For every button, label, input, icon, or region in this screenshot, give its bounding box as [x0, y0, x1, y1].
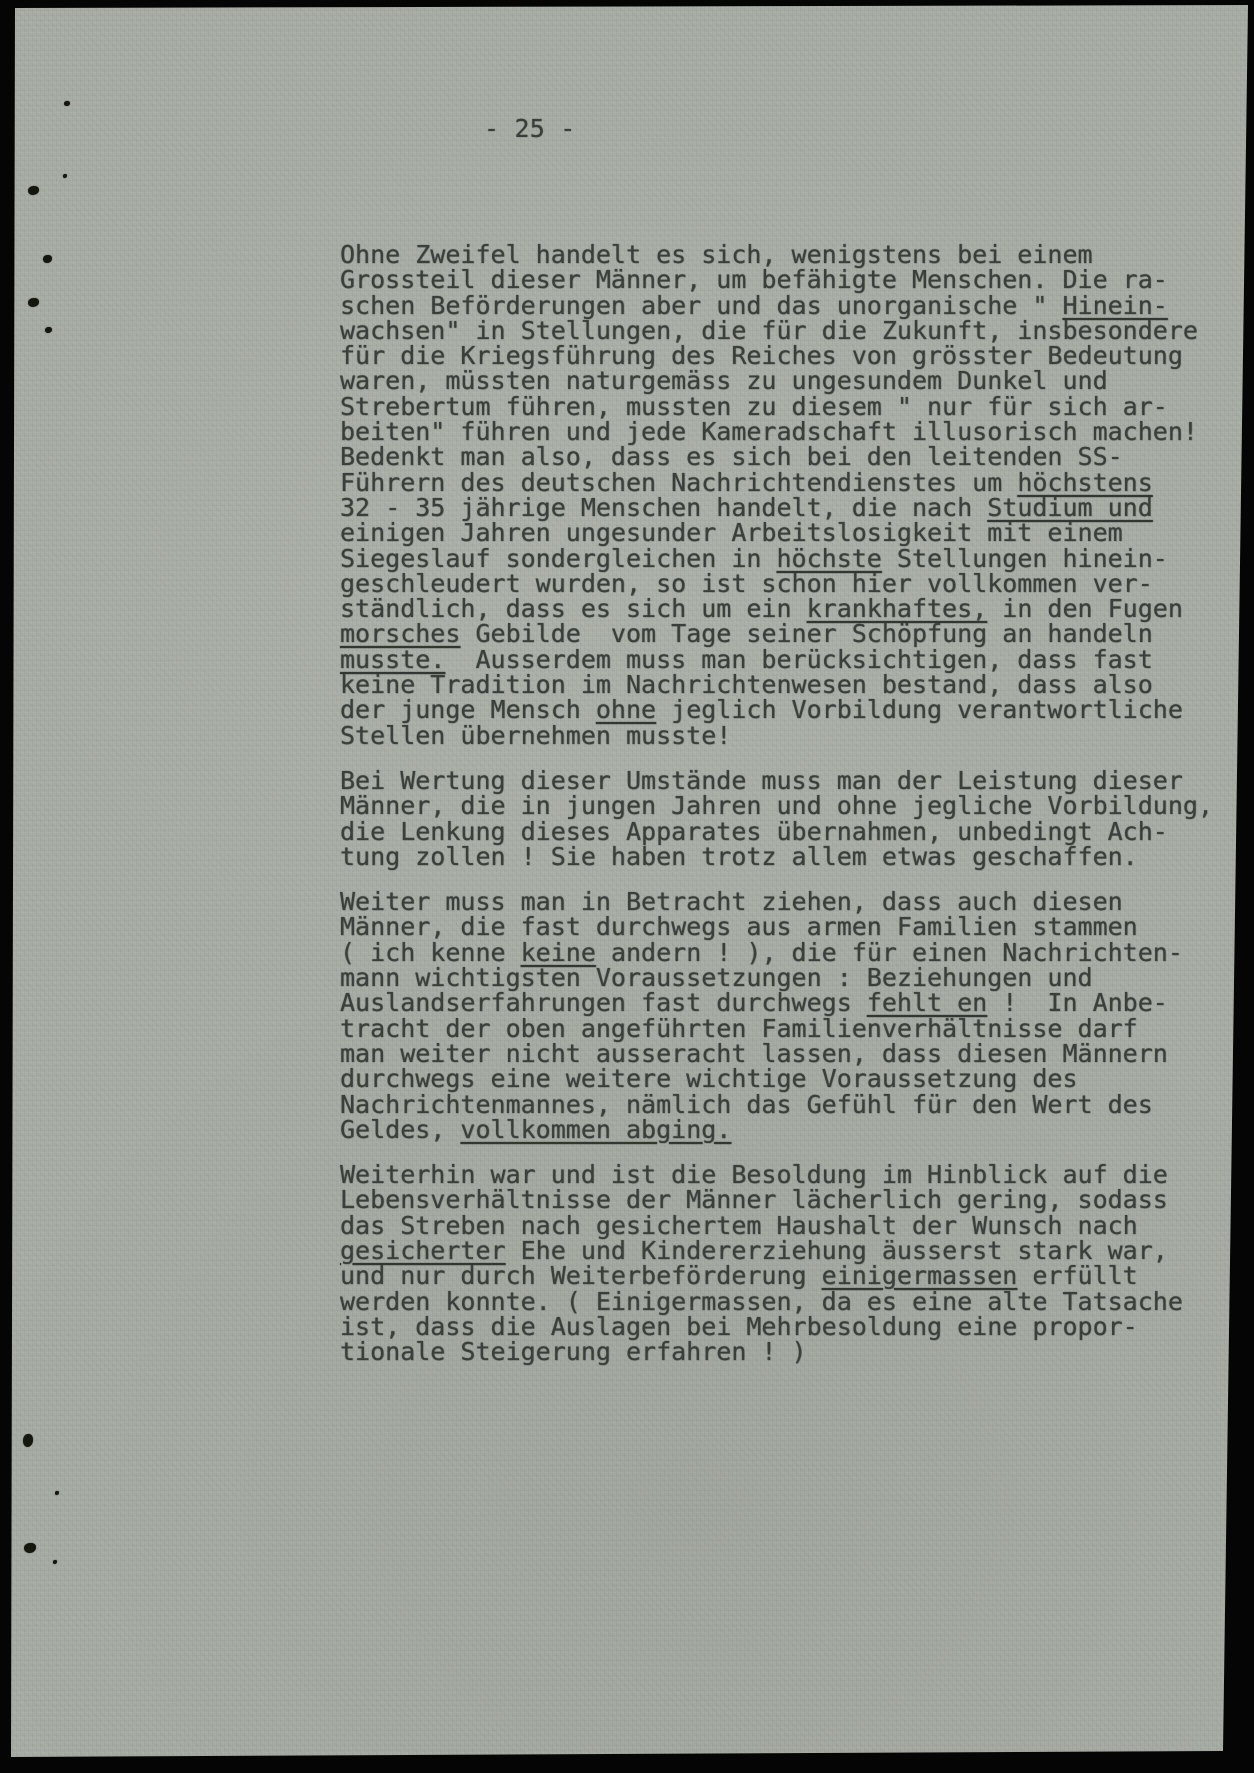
text-line: der junge Mensch ohne jeglich Vorbildung…	[340, 697, 1245, 722]
page-number: - 25 -	[484, 116, 576, 141]
ink-speck	[63, 174, 67, 178]
text-line: man weiter nicht ausseracht lassen, dass…	[340, 1041, 1245, 1066]
text-line: Siegeslauf sondergleichen in höchste Ste…	[340, 546, 1245, 571]
text-line: Bei Wertung dieser Umstände muss man der…	[340, 768, 1245, 793]
text-line: Nachrichtenmannes, nämlich das Gefühl fü…	[340, 1092, 1245, 1117]
text-line: wachsen" in Stellungen, die für die Zuku…	[340, 318, 1245, 343]
text-line: schen Beförderungen aber und das unorgan…	[340, 293, 1245, 318]
text-line: das Streben nach gesichertem Haushalt de…	[340, 1213, 1245, 1238]
underlined-text: vollkommen abging.	[460, 1115, 731, 1144]
text-line: Strebertum führen, mussten zu diesem " n…	[340, 394, 1245, 419]
text-line: Männer, die in jungen Jahren und ohne je…	[340, 793, 1245, 818]
paragraph: Ohne Zweifel handelt es sich, wenigstens…	[340, 242, 1245, 748]
text-line: für die Kriegsführung des Reiches von gr…	[340, 343, 1245, 368]
text-line: und nur durch Weiterbeförderung einigerm…	[340, 1263, 1245, 1288]
document-text: Ohne Zweifel handelt es sich, wenigstens…	[340, 242, 1245, 1384]
text-line: keine Tradition im Nachrichtenwesen best…	[340, 672, 1245, 697]
text-line: gesicherter Ehe und Kindererziehung äuss…	[340, 1238, 1245, 1263]
text-segment: tung zollen ! Sie haben trotz allem etwa…	[340, 842, 1138, 871]
text-line: Weiter muss man in Betracht ziehen, dass…	[340, 889, 1245, 914]
text-line: einigen Jahren ungesunder Arbeitslosigke…	[340, 520, 1245, 545]
text-segment: tionale Steigerung erfahren ! )	[340, 1337, 807, 1366]
ink-speck	[53, 1560, 57, 1564]
text-line: musste. Ausserdem muss man berücksichtig…	[340, 647, 1245, 672]
text-line: ( ich kenne keine andern ! ), die für ei…	[340, 940, 1245, 965]
paragraph: Weiterhin war und ist die Besoldung im H…	[340, 1162, 1245, 1364]
text-line: tracht der oben angeführten Familienverh…	[340, 1016, 1245, 1041]
text-line: Stellen übernehmen musste!	[340, 723, 1245, 748]
text-segment: Stellen übernehmen musste!	[340, 721, 731, 750]
text-line: geschleudert wurden, so ist schon hier v…	[340, 571, 1245, 596]
text-line: morsches Gebilde vom Tage seiner Schöpfu…	[340, 621, 1245, 646]
text-line: Männer, die fast durchwegs aus armen Fam…	[340, 914, 1245, 939]
text-line: ständlich, dass es sich um ein krankhaft…	[340, 596, 1245, 621]
text-line: Bedenkt man also, dass es sich bei den l…	[340, 444, 1245, 469]
paragraph: Weiter muss man in Betracht ziehen, dass…	[340, 889, 1245, 1142]
text-line: werden konnte. ( Einigermassen, da es ei…	[340, 1289, 1245, 1314]
ink-speck	[55, 1491, 59, 1495]
text-line: mann wichtigsten Voraussetzungen : Bezie…	[340, 965, 1245, 990]
text-line: Lebensverhältnisse der Männer lächerlich…	[340, 1187, 1245, 1212]
ink-speck	[43, 255, 52, 263]
ink-speck	[24, 1543, 36, 1553]
text-line: die Lenkung dieses Apparates übernahmen,…	[340, 819, 1245, 844]
ink-speck	[28, 298, 39, 307]
paragraph: Bei Wertung dieser Umstände muss man der…	[340, 768, 1245, 869]
text-line: tionale Steigerung erfahren ! )	[340, 1339, 1245, 1364]
scanned-document-screenshot: { "page": { "number": "25", "number_labe…	[0, 0, 1254, 1773]
text-line: Führern des deutschen Nachrichtendienste…	[340, 470, 1245, 495]
text-line: Geldes, vollkommen abging.	[340, 1117, 1245, 1142]
text-line: tung zollen ! Sie haben trotz allem etwa…	[340, 844, 1245, 869]
text-line: Weiterhin war und ist die Besoldung im H…	[340, 1162, 1245, 1187]
ink-speck	[23, 1434, 33, 1447]
text-line: Grossteil dieser Männer, um befähigte Me…	[340, 267, 1245, 292]
text-line: durchwegs eine weitere wichtige Vorausse…	[340, 1066, 1245, 1091]
text-segment: Geldes,	[340, 1115, 460, 1144]
text-line: Ohne Zweifel handelt es sich, wenigstens…	[340, 242, 1245, 267]
ink-speck	[64, 101, 70, 106]
text-line: waren, müssten naturgemäss zu ungesundem…	[340, 368, 1245, 393]
text-line: Auslandserfahrungen fast durchwegs fehlt…	[340, 990, 1245, 1015]
paper-sheet: - 25 - Ohne Zweifel handelt es sich, wen…	[0, 0, 1254, 1773]
ink-speck	[45, 327, 52, 333]
text-line: beiten" führen und jede Kameradschaft il…	[340, 419, 1245, 444]
ink-speck	[28, 186, 39, 195]
text-line: 32 - 35 jährige Menschen handelt, die na…	[340, 495, 1245, 520]
text-segment: jeglich Vorbildung verantwortliche	[656, 695, 1183, 724]
text-line: ist, dass die Auslagen bei Mehrbesoldung…	[340, 1314, 1245, 1339]
